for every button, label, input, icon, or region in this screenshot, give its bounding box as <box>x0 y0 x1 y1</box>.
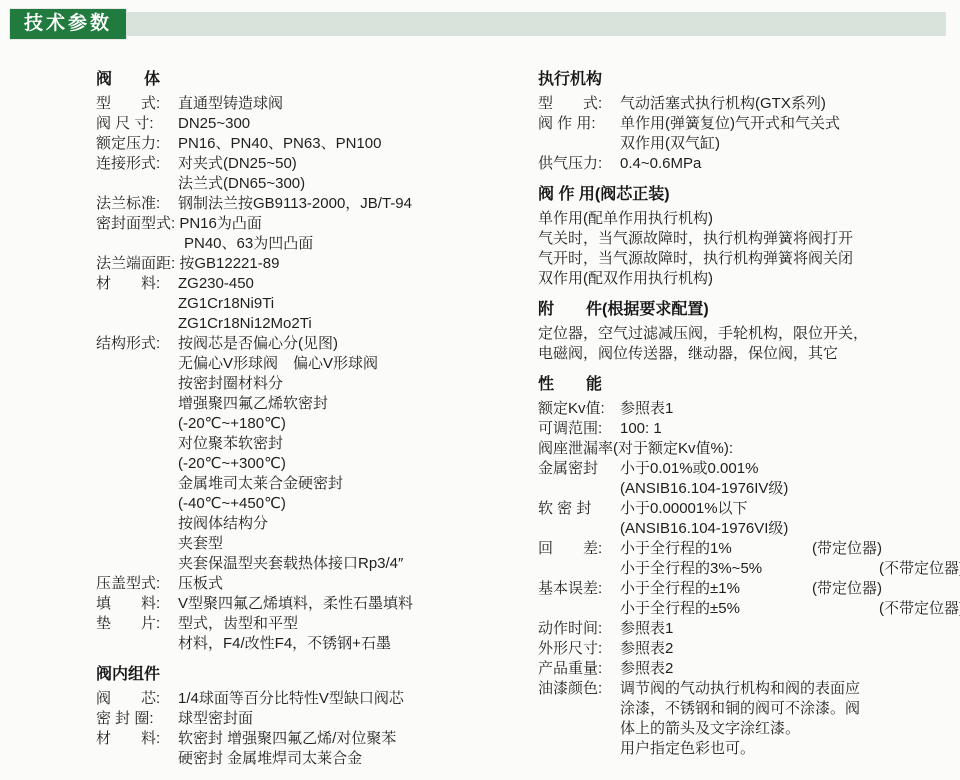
spec-line: 气关时，当气源故障时，执行机构弹簧将阀打开 <box>538 229 946 249</box>
spec-label: 型 式: <box>96 94 178 114</box>
spec-value: 参照表2 <box>620 639 673 659</box>
spec-line: 对位聚苯软密封 <box>96 434 526 454</box>
spec-value: 小于全行程的3%~5% <box>620 559 762 579</box>
spec-value: 软密封 增强聚四氟乙烯/对位聚苯 <box>178 729 396 749</box>
spec-value: 100: 1 <box>620 419 662 439</box>
section: 执行机构型 式: 气动活塞式执行机构(GTX系列)阀 作 用: 单作用(弹簧复位… <box>538 70 946 174</box>
section: 阀 作 用(阀芯正装)单作用(配单作用执行机构)气关时，当气源故障时，执行机构弹… <box>538 185 946 289</box>
spec-label: 压盖型式: <box>96 574 178 594</box>
spec-line: 填 料: V型聚四氟乙烯填料，柔性石墨填料 <box>96 594 526 614</box>
spec-label: 垫 片: <box>96 614 178 634</box>
section: 阀内组件阀 芯: 1/4球面等百分比特性V型缺口阀芯密 封 圈: 球型密封面材 … <box>96 665 526 769</box>
spec-line: 额定压力: PN16、PN40、PN63、PN100 <box>96 134 526 154</box>
spec-value: 0.4~0.6MPa <box>620 154 701 174</box>
spec-value: 双作用(配双作用执行机构) <box>538 269 713 289</box>
spec-line: 阀 作 用: 单作用(弹簧复位)气开式和气关式 <box>538 114 946 134</box>
spec-value: 增强聚四氟乙烯软密封 <box>178 394 328 414</box>
spec-line: 双作用(双气缸) <box>538 134 946 154</box>
spec-value: 涂漆，不锈钢和铜的阀可不涂漆。阀 <box>620 699 860 719</box>
spec-value: 夹套型 <box>178 534 223 554</box>
spec-label: 金属密封 <box>538 459 620 479</box>
spec-label: 动作时间: <box>538 619 620 639</box>
spec-line: 连接形式: 对夹式(DN25~50) <box>96 154 526 174</box>
spec-value: 小于全行程的1% <box>620 539 732 559</box>
spec-value: 无偏心V形球阀 偏心V形球阀 <box>178 354 378 374</box>
spec-line: 增强聚四氟乙烯软密封 <box>96 394 526 414</box>
spec-line: 按密封圈材料分 <box>96 374 526 394</box>
spec-label: 产品重量: <box>538 659 620 679</box>
spec-line: 硬密封 金属堆焊司太莱合金 <box>96 749 526 769</box>
spec-line: 无偏心V形球阀 偏心V形球阀 <box>96 354 526 374</box>
spec-value: (-20℃~+180℃) <box>178 414 286 434</box>
spec-note: (不带定位器) <box>879 559 960 579</box>
spec-line: 材料，F4/改性F4，不锈钢+石墨 <box>96 634 526 654</box>
spec-value: 气动活塞式执行机构(GTX系列) <box>620 94 826 114</box>
section-heading: 阀 体 <box>96 70 526 90</box>
spec-value: 对夹式(DN25~50) <box>178 154 297 174</box>
section-heading: 阀 作 用(阀芯正装) <box>538 185 946 205</box>
spec-line: ZG1Cr18Ni9Ti <box>96 294 526 314</box>
spec-line: 密 封 圈: 球型密封面 <box>96 709 526 729</box>
spec-label: 材 料: <box>96 274 178 294</box>
spec-value: ZG1Cr18Ni9Ti <box>178 294 274 314</box>
spec-line: (-20℃~+300℃) <box>96 454 526 474</box>
spec-line: 可调范围: 100: 1 <box>538 419 946 439</box>
right-column: 执行机构型 式: 气动活塞式执行机构(GTX系列)阀 作 用: 单作用(弹簧复位… <box>538 70 946 769</box>
spec-line: 阀 尺 寸: DN25~300 <box>96 114 526 134</box>
spec-value: 小于0.00001%以下 <box>620 499 748 519</box>
spec-label: 法兰端面距: <box>96 254 179 274</box>
spec-label: 阀 芯: <box>96 689 178 709</box>
section: 附 件(根据要求配置)定位器，空气过滤减压阀，手轮机构，限位开关，电磁阀，阀位传… <box>538 300 946 364</box>
spec-value: 气开时，当气源故障时，执行机构弹簧将阀关闭 <box>538 249 853 269</box>
spec-line: 外形尺寸: 参照表2 <box>538 639 946 659</box>
spec-value: 气关时，当气源故障时，执行机构弹簧将阀打开 <box>538 229 853 249</box>
spec-value: 金属堆司太莱合金硬密封 <box>178 474 343 494</box>
spec-line: 夹套保温型夹套载热体接口Rp3/4″ <box>96 554 526 574</box>
spec-value: 单作用(弹簧复位)气开式和气关式 <box>620 114 840 134</box>
spec-value: V型聚四氟乙烯填料，柔性石墨填料 <box>178 594 413 614</box>
spec-value: 按密封圈材料分 <box>178 374 283 394</box>
spec-line: 软 密 封 小于0.00001%以下 <box>538 499 946 519</box>
spec-value: ZG230-450 <box>178 274 254 294</box>
spec-label: 填 料: <box>96 594 178 614</box>
spec-line: 材 料: ZG230-450 <box>96 274 526 294</box>
spec-value: PN40、63为凹凸面 <box>184 234 313 254</box>
spec-line: 材 料: 软密封 增强聚四氟乙烯/对位聚苯 <box>96 729 526 749</box>
spec-note: (带定位器) <box>812 579 882 599</box>
spec-line: 动作时间: 参照表1 <box>538 619 946 639</box>
spec-value: 按阀芯是否偏心分(见图) <box>178 334 338 354</box>
spec-line: (ANSIB16.104-1976IV级) <box>538 479 946 499</box>
spec-value: 阀座泄漏率(对于额定Kv值%): <box>538 439 733 459</box>
spec-label: 法兰标准: <box>96 194 178 214</box>
spec-line: 供气压力: 0.4~0.6MPa <box>538 154 946 174</box>
spec-label: 结构形式: <box>96 334 178 354</box>
spec-label: 连接形式: <box>96 154 178 174</box>
spec-label: 基本误差: <box>538 579 620 599</box>
spec-label: 阀 尺 寸: <box>96 114 178 134</box>
spec-value: 钢制法兰按GB9113-2000，JB/T-94 <box>178 194 412 214</box>
spec-value: 定位器，空气过滤减压阀，手轮机构，限位开关， <box>538 324 868 344</box>
spec-value: 按阀体结构分 <box>178 514 268 534</box>
spec-label: 外形尺寸: <box>538 639 620 659</box>
spec-value: (ANSIB16.104-1976VI级) <box>620 519 788 539</box>
spec-value: 电磁阀，阀位传送器，继动器，保位阀，其它 <box>538 344 838 364</box>
spec-value: 球型密封面 <box>178 709 253 729</box>
section: 阀 体型 式: 直通型铸造球阀阀 尺 寸: DN25~300额定压力: PN16… <box>96 70 526 654</box>
spec-line: 油漆颜色: 调节阀的气动执行机构和阀的表面应 <box>538 679 946 699</box>
spec-line: 夹套型 <box>96 534 526 554</box>
spec-value: 按GB12221-89 <box>179 254 279 274</box>
spec-label: 额定压力: <box>96 134 178 154</box>
spec-label: 型 式: <box>538 94 620 114</box>
spec-line: 垫 片: 型式，齿型和平型 <box>96 614 526 634</box>
spec-line: 气开时，当气源故障时，执行机构弹簧将阀关闭 <box>538 249 946 269</box>
spec-line: 金属堆司太莱合金硬密封 <box>96 474 526 494</box>
spec-label: 供气压力: <box>538 154 620 174</box>
section-heading: 附 件(根据要求配置) <box>538 300 946 320</box>
spec-value: 对位聚苯软密封 <box>178 434 283 454</box>
spec-value: 小于全行程的±1% <box>620 579 740 599</box>
spec-value: (-20℃~+300℃) <box>178 454 286 474</box>
spec-line: 阀 芯: 1/4球面等百分比特性V型缺口阀芯 <box>96 689 526 709</box>
spec-value: 参照表2 <box>620 659 673 679</box>
spec-line: 单作用(配单作用执行机构) <box>538 209 946 229</box>
spec-line: 体上的箭头及文字涂红漆。 <box>538 719 946 739</box>
spec-line: 压盖型式: 压板式 <box>96 574 526 594</box>
spec-line: 密封面型式: PN16为凸面 <box>96 214 526 234</box>
spec-label: 密封面型式: <box>96 214 179 234</box>
spec-value: 体上的箭头及文字涂红漆。 <box>620 719 800 739</box>
spec-line: 法兰端面距: 按GB12221-89 <box>96 254 526 274</box>
spec-value: PN16为凸面 <box>179 214 262 234</box>
spec-line: PN40、63为凹凸面 <box>96 234 526 254</box>
spec-value: 小于全行程的±5% <box>620 599 740 619</box>
spec-line: 小于全行程的3%~5%(不带定位器) <box>538 559 960 579</box>
spec-value: (-40℃~+450℃) <box>178 494 286 514</box>
spec-line: 结构形式: 按阀芯是否偏心分(见图) <box>96 334 526 354</box>
spec-line: 小于全行程的±5%(不带定位器) <box>538 599 960 619</box>
spec-line: 涂漆，不锈钢和铜的阀可不涂漆。阀 <box>538 699 946 719</box>
spec-line: 电磁阀，阀位传送器，继动器，保位阀，其它 <box>538 344 946 364</box>
spec-label: 油漆颜色: <box>538 679 620 699</box>
spec-line: 按阀体结构分 <box>96 514 526 534</box>
spec-line: (-40℃~+450℃) <box>96 494 526 514</box>
page-title: 技术参数 <box>10 9 126 39</box>
spec-note: (带定位器) <box>812 539 882 559</box>
section: 性 能额定Kv值: 参照表1可调范围: 100: 1阀座泄漏率(对于额定Kv值%… <box>538 375 946 759</box>
spec-line: 用户指定色彩也可。 <box>538 739 946 759</box>
spec-value: 硬密封 金属堆焊司太莱合金 <box>178 749 362 769</box>
spec-value: 1/4球面等百分比特性V型缺口阀芯 <box>178 689 404 709</box>
spec-value: 小于0.01%或0.001% <box>620 459 758 479</box>
spec-value: 夹套保温型夹套载热体接口Rp3/4″ <box>178 554 403 574</box>
spec-value: (ANSIB16.104-1976IV级) <box>620 479 788 499</box>
header: 技术参数 <box>10 9 946 39</box>
spec-label: 阀 作 用: <box>538 114 620 134</box>
spec-label: 密 封 圈: <box>96 709 178 729</box>
spec-value: 直通型铸造球阀 <box>178 94 283 114</box>
spec-line: 产品重量: 参照表2 <box>538 659 946 679</box>
spec-value: 材料，F4/改性F4，不锈钢+石墨 <box>178 634 391 654</box>
spec-label: 回 差: <box>538 539 620 559</box>
spec-value: 参照表1 <box>620 399 673 419</box>
section-heading: 执行机构 <box>538 70 946 90</box>
spec-label: 额定Kv值: <box>538 399 620 419</box>
spec-line: 金属密封 小于0.01%或0.001% <box>538 459 946 479</box>
spec-value: DN25~300 <box>178 114 250 134</box>
spec-line: 法兰标准: 钢制法兰按GB9113-2000，JB/T-94 <box>96 194 526 214</box>
header-bar <box>126 12 946 36</box>
spec-value: PN16、PN40、PN63、PN100 <box>178 134 381 154</box>
spec-value: 法兰式(DN65~300) <box>178 174 305 194</box>
spec-note: (不带定位器) <box>879 599 960 619</box>
spec-value: 参照表1 <box>620 619 673 639</box>
spec-label: 可调范围: <box>538 419 620 439</box>
spec-line: 双作用(配双作用执行机构) <box>538 269 946 289</box>
spec-label: 材 料: <box>96 729 178 749</box>
section-heading: 性 能 <box>538 375 946 395</box>
spec-value: 型式，齿型和平型 <box>178 614 298 634</box>
spec-value: 压板式 <box>178 574 223 594</box>
section-heading: 阀内组件 <box>96 665 526 685</box>
spec-line: (ANSIB16.104-1976VI级) <box>538 519 946 539</box>
spec-line: 额定Kv值: 参照表1 <box>538 399 946 419</box>
spec-line: 型 式: 气动活塞式执行机构(GTX系列) <box>538 94 946 114</box>
spec-value: ZG1Cr18Ni12Mo2Ti <box>178 314 312 334</box>
spec-line: 基本误差: 小于全行程的±1%(带定位器) <box>538 579 882 599</box>
spec-line: 定位器，空气过滤减压阀，手轮机构，限位开关， <box>538 324 946 344</box>
spec-line: ZG1Cr18Ni12Mo2Ti <box>96 314 526 334</box>
spec-value: 双作用(双气缸) <box>620 134 720 154</box>
content: 阀 体型 式: 直通型铸造球阀阀 尺 寸: DN25~300额定压力: PN16… <box>0 70 946 769</box>
spec-line: 法兰式(DN65~300) <box>96 174 526 194</box>
spec-line: 阀座泄漏率(对于额定Kv值%): <box>538 439 946 459</box>
spec-value: 用户指定色彩也可。 <box>620 739 755 759</box>
spec-value: 调节阀的气动执行机构和阀的表面应 <box>620 679 860 699</box>
left-column: 阀 体型 式: 直通型铸造球阀阀 尺 寸: DN25~300额定压力: PN16… <box>96 70 526 769</box>
spec-line: (-20℃~+180℃) <box>96 414 526 434</box>
spec-value: 单作用(配单作用执行机构) <box>538 209 713 229</box>
spec-line: 回 差: 小于全行程的1%(带定位器) <box>538 539 882 559</box>
spec-line: 型 式: 直通型铸造球阀 <box>96 94 526 114</box>
spec-label: 软 密 封 <box>538 499 620 519</box>
